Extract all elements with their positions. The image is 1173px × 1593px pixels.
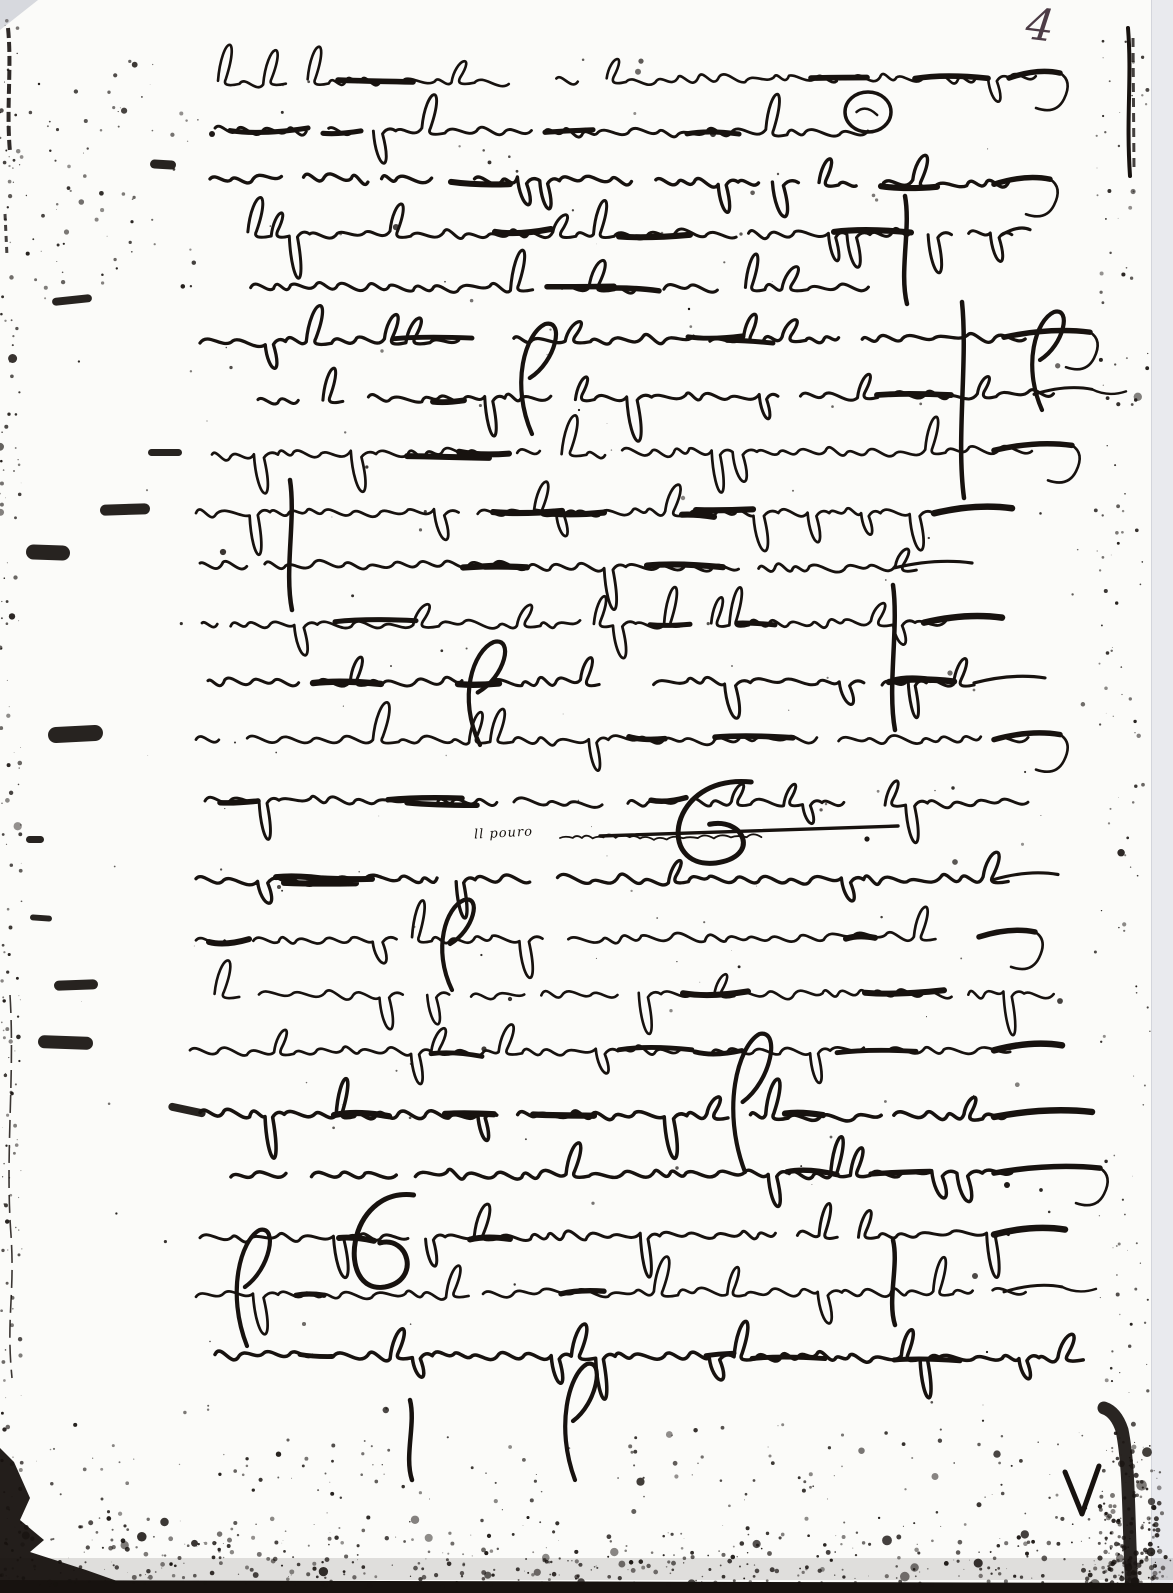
ink-layer bbox=[0, 0, 1173, 1593]
manuscript-scan: 4 ll pouro bbox=[0, 0, 1173, 1593]
interlinear-insertion-note: ll pouro bbox=[474, 825, 534, 841]
page-number-handwritten: 4 bbox=[1023, 2, 1056, 49]
